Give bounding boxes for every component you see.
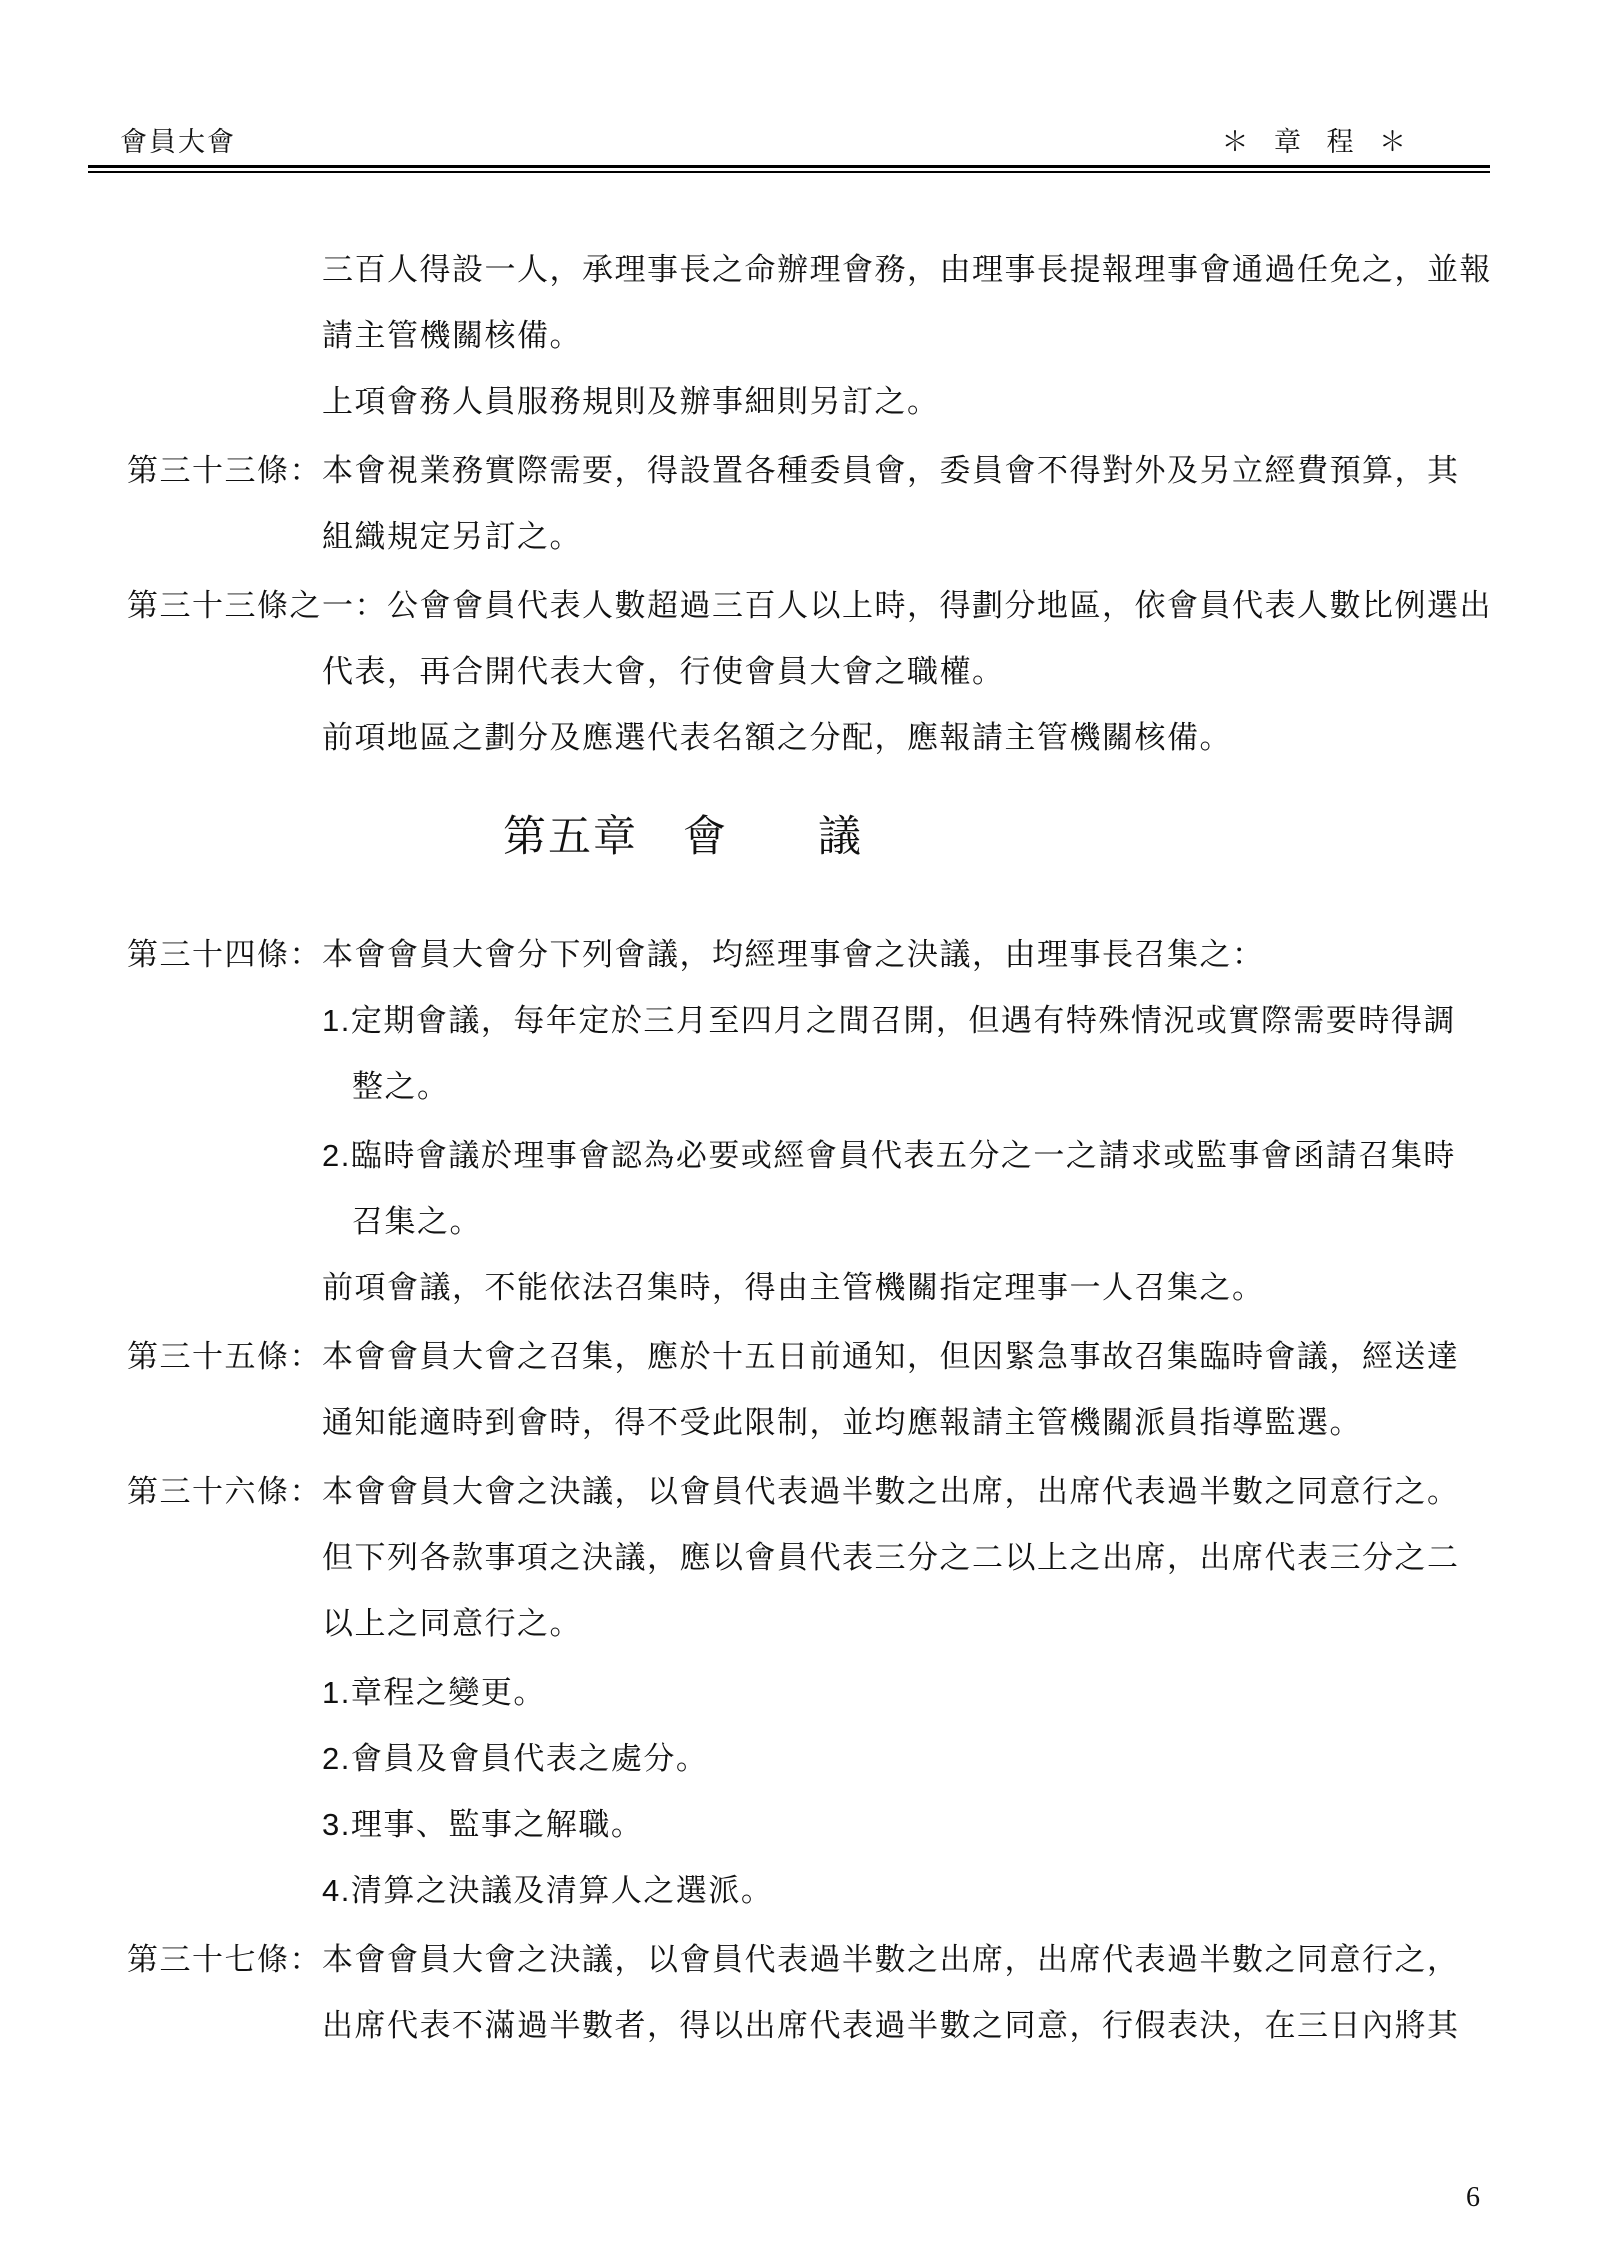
- header-rule: [88, 165, 1490, 173]
- header-right-title: ＊ 章 程 ＊: [1221, 126, 1415, 158]
- article-line: 第三十六條：本會會員大會之決議，以會員代表過半數之出席，出席代表過半數之同意行之…: [127, 1459, 1600, 1525]
- text-line: 通知能適時到會時，得不受此限制，並均應報請主管機關派員指導監選。: [322, 1390, 1600, 1456]
- text-line: 組織規定另訂之。: [322, 504, 1600, 570]
- text-line: 代表，再合開代表大會，行使會員大會之職權。: [322, 639, 1600, 705]
- list-item-line: 2.臨時會議於理事會認為必要或經會員代表五分之一之請求或監事會函請召集時: [322, 1123, 1600, 1189]
- text-line: 上項會務人員服務規則及辦事細則另訂之。: [322, 369, 1600, 435]
- text-line: 三百人得設一人，承理事長之命辦理會務，由理事長提報理事會通過任免之，並報: [322, 237, 1600, 303]
- text-line: 但下列各款事項之決議，應以會員代表三分之二以上之出席，出席代表三分之二: [322, 1525, 1600, 1591]
- list-item-line: 3.理事、監事之解職。: [322, 1792, 1600, 1858]
- article-line: 第三十四條：本會會員大會分下列會議，均經理事會之決議，由理事長召集之：: [127, 922, 1600, 988]
- document-body: 三百人得設一人，承理事長之命辦理會務，由理事長提報理事會通過任免之，並報 請主管…: [0, 237, 1600, 2059]
- text-line: 召集之。: [352, 1189, 1600, 1255]
- list-item-line: 4.清算之決議及清算人之選派。: [322, 1858, 1600, 1924]
- text-line: 請主管機關核備。: [322, 303, 1600, 369]
- article-line: 第三十三條：本會視業務實際需要，得設置各種委員會，委員會不得對外及另立經費預算，…: [127, 438, 1600, 504]
- chapter-heading: 第五章 會 議: [503, 802, 1600, 872]
- page-header: 會員大會 ＊ 章 程 ＊: [0, 0, 1600, 158]
- page-number: 6: [1466, 2182, 1480, 2214]
- text-line: 前項地區之劃分及應選代表名額之分配，應報請主管機關核備。: [322, 705, 1600, 771]
- text-line: 以上之同意行之。: [322, 1591, 1600, 1657]
- text-line: 前項會議，不能依法召集時，得由主管機關指定理事一人召集之。: [322, 1255, 1600, 1321]
- list-item-line: 2.會員及會員代表之處分。: [322, 1726, 1600, 1792]
- header-left-title: 會員大會: [120, 126, 236, 158]
- text-line: 出席代表不滿過半數者，得以出席代表過半數之同意，行假表決，在三日內將其: [322, 1993, 1600, 2059]
- article-line: 第三十三條之一：公會會員代表人數超過三百人以上時，得劃分地區，依會員代表人數比例…: [127, 573, 1600, 639]
- list-item-line: 1.定期會議，每年定於三月至四月之間召開，但遇有特殊情況或實際需要時得調: [322, 988, 1600, 1054]
- document-page: 會員大會 ＊ 章 程 ＊ 三百人得設一人，承理事長之命辦理會務，由理事長提報理事…: [0, 0, 1600, 2263]
- article-line: 第三十五條：本會會員大會之召集，應於十五日前通知，但因緊急事故召集臨時會議，經送…: [127, 1324, 1600, 1390]
- list-item-line: 1.章程之變更。: [322, 1660, 1600, 1726]
- article-line: 第三十七條：本會會員大會之決議，以會員代表過半數之出席，出席代表過半數之同意行之…: [127, 1927, 1600, 1993]
- text-line: 整之。: [352, 1054, 1600, 1120]
